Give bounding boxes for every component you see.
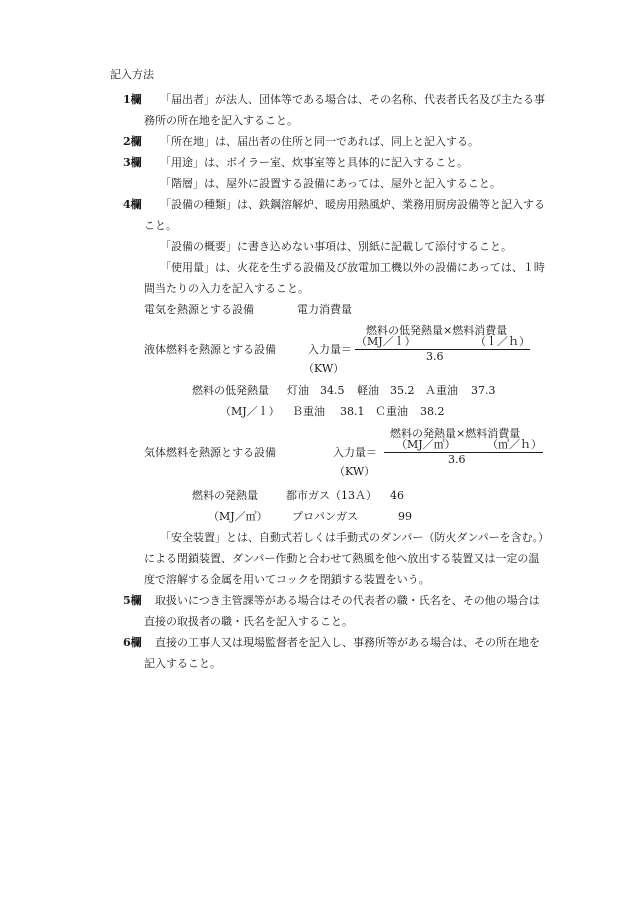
- page-title: 記入方法: [110, 68, 154, 82]
- item-3-text: 「階層」は、屋外に設置する設備にあっては、屋外と記入すること。: [160, 177, 501, 191]
- fuel-value: 46: [390, 489, 404, 503]
- liquid-unit-a: （MJ／ｌ）: [356, 335, 416, 349]
- fuel-value: 99: [398, 510, 412, 524]
- gas-lhs: 入力量＝: [333, 446, 377, 460]
- fuel-name: Ａ重油: [425, 384, 458, 398]
- liquid-lhs: 入力量＝: [308, 343, 352, 357]
- fuel-value: 38.2: [420, 405, 445, 419]
- fuel-value: 38.1: [340, 405, 365, 419]
- item-4-text: こと。: [144, 219, 177, 233]
- safety-text: 「安全装置」とは、自動式若しくは手動式のダンパー（防火ダンパーを含む。）: [160, 531, 549, 545]
- gas-unit-b: （㎥／ｈ）: [487, 438, 542, 452]
- item-2-number: 2欄: [123, 135, 142, 149]
- item-3-text: 「用途」は、ボイラー室、炊事室等と具体的に記入すること。: [160, 156, 468, 170]
- fuel-name: 灯油: [287, 384, 309, 398]
- item-3-number: 3欄: [123, 156, 142, 170]
- electric-label: 電気を熱源とする設備: [144, 303, 254, 317]
- safety-text: 度で溶解する金属を用いてコックを閉鎖する装置をいう。: [144, 573, 430, 587]
- safety-text: による閉鎖装置、ダンパー作動と合わせて熱風を他へ放出する装置又は一定の温: [144, 552, 539, 566]
- liquid-table-unit: （MJ／ｌ）: [220, 405, 280, 419]
- liquid-table-label: 燃料の低発熱量: [192, 384, 269, 398]
- fuel-name: プロパンガス: [292, 510, 358, 524]
- item-4-text: 「設備の概要」に書き込めない事項は、別紙に記載して添付すること。: [160, 240, 512, 254]
- fuel-name: Ｃ重油: [375, 405, 408, 419]
- gas-denominator: 3.6: [448, 453, 466, 467]
- gas-label: 気体燃料を熱源とする設備: [144, 446, 276, 460]
- item-5-text: 取扱いにつき主管課等がある場合はその代表者の職・氏名を、その他の場合は: [155, 594, 540, 608]
- item-1-text: 務所の所在地を記入すること。: [144, 114, 298, 128]
- item-4-text: 間当たりの入力を記入すること。: [144, 282, 309, 296]
- item-4-number: 4欄: [123, 198, 142, 212]
- liquid-denominator: 3.6: [426, 350, 444, 364]
- fuel-value: 35.2: [390, 384, 415, 398]
- item-5-text: 直接の取扱者の職・氏名を記入すること。: [144, 615, 353, 629]
- item-2-text: 「所在地」は、届出者の住所と同一であれば、同上と記入する。: [160, 135, 479, 149]
- fuel-value: 37.3: [471, 384, 496, 398]
- item-6-number: 6欄: [123, 636, 142, 650]
- item-4-text: 「設備の種類」は、鉄鋼溶解炉、暖房用熱風炉、業務用厨房設備等と記入する: [160, 198, 545, 212]
- liquid-label: 液体燃料を熱源とする設備: [144, 343, 276, 357]
- item-4-text: 「使用量」は、火花を生ずる設備及び放電加工機以外の設備にあっては、１時: [160, 261, 545, 275]
- liquid-lhs-unit: （KW）: [303, 362, 344, 376]
- item-5-number: 5欄: [123, 594, 142, 608]
- liquid-unit-b: （ｌ／ｈ）: [475, 335, 530, 349]
- gas-table-unit: （MJ／㎥）: [208, 510, 268, 524]
- fuel-value: 34.5: [320, 384, 345, 398]
- fuel-name: Ｂ重油: [292, 405, 325, 419]
- item-6-text: 記入すること。: [144, 657, 221, 671]
- fuel-name: 都市ガス（13Ａ）: [286, 489, 377, 503]
- electric-value: 電力消費量: [297, 303, 352, 317]
- item-1-text: 「届出者」が法人、団体等である場合は、その名称、代表者氏名及び主たる事: [160, 93, 545, 107]
- gas-table-label: 燃料の発熱量: [192, 489, 258, 503]
- item-6-text: 直接の工事人又は現場監督者を記入し、事務所等がある場合は、その所在地を: [155, 636, 540, 650]
- gas-unit-a: （MJ／㎥）: [396, 438, 456, 452]
- item-1-number: 1欄: [123, 93, 142, 107]
- gas-lhs-unit: （KW）: [334, 465, 375, 479]
- fuel-name: 軽油: [357, 384, 379, 398]
